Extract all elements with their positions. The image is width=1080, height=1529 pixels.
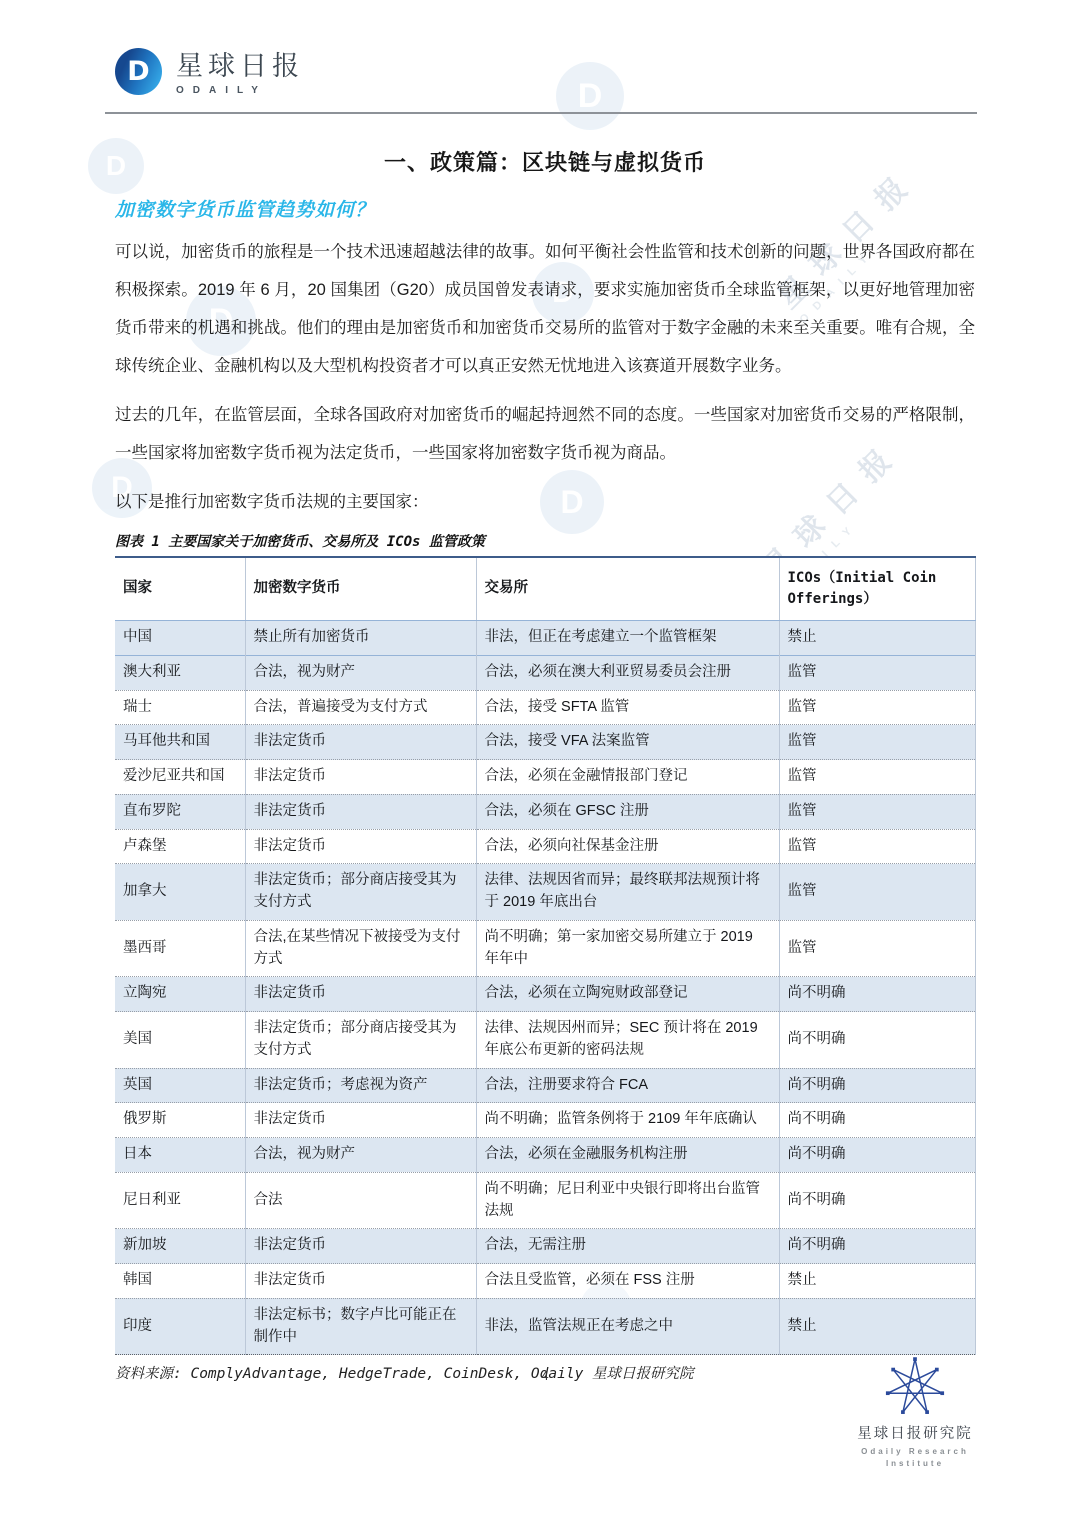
table-cell: 禁止所有加密货币 <box>245 621 476 656</box>
table-cell: 瑞士 <box>115 690 245 725</box>
table-header: 国家加密数字货币交易所ICOs（Initial Coin Offerings） <box>115 557 975 621</box>
table-row: 爱沙尼亚共和国非法定货币合法，必须在金融情报部门登记监管 <box>115 760 975 795</box>
table-cell: 禁止 <box>779 621 975 656</box>
table-cell: 合法，必须在澳大利亚贸易委员会注册 <box>476 655 779 690</box>
table-cell: 澳大利亚 <box>115 655 245 690</box>
column-header: ICOs（Initial Coin Offerings） <box>779 557 975 621</box>
table-cell: 非法定货币 <box>245 794 476 829</box>
table-cell: 合法，必须向社保基金注册 <box>476 829 779 864</box>
table-cell: 监管 <box>779 920 975 977</box>
brand-block: 星球日报 ODAILY <box>176 48 304 96</box>
table-cell: 合法且受监管，必须在 FSS 注册 <box>476 1264 779 1299</box>
table-cell: 合法 <box>245 1172 476 1229</box>
table-cell: 禁止 <box>779 1264 975 1299</box>
table-body: 中国禁止所有加密货币非法，但正在考虑建立一个监管框架禁止澳大利亚合法，视为财产合… <box>115 621 975 1355</box>
table-cell: 尚不明确 <box>779 1012 975 1069</box>
table-cell: 爱沙尼亚共和国 <box>115 760 245 795</box>
logo-letter: D <box>127 56 149 87</box>
table-cell: 法律、法规因省而异；最终联邦法规预计将于 2019 年底出台 <box>476 864 779 921</box>
table-cell: 日本 <box>115 1138 245 1173</box>
table-cell: 非法定货币；考虑视为资产 <box>245 1068 476 1103</box>
table-cell: 监管 <box>779 655 975 690</box>
table-cell: 合法，普遍接受为支付方式 <box>245 690 476 725</box>
table-row: 立陶宛非法定货币合法，必须在立陶宛财政部登记尚不明确 <box>115 977 975 1012</box>
table-cell: 法律、法规因州而异；SEC 预计将在 2019 年底公布更新的密码法规 <box>476 1012 779 1069</box>
table-cell: 卢森堡 <box>115 829 245 864</box>
table-row: 美国非法定货币；部分商店接受其为支付方式法律、法规因州而异；SEC 预计将在 2… <box>115 1012 975 1069</box>
table-cell: 非法，但正在考虑建立一个监管框架 <box>476 621 779 656</box>
table-cell: 尚不明确 <box>779 977 975 1012</box>
table-cell: 合法，接受 SFTA 监管 <box>476 690 779 725</box>
table-cell: 英国 <box>115 1068 245 1103</box>
table-cell: 美国 <box>115 1012 245 1069</box>
table-cell: 非法定货币 <box>245 760 476 795</box>
table-cell: 合法，必须在立陶宛财政部登记 <box>476 977 779 1012</box>
column-header: 加密数字货币 <box>245 557 476 621</box>
table-cell: 非法定货币 <box>245 1229 476 1264</box>
table-row: 墨西哥合法,在某些情况下被接受为支付方式尚不明确；第一家加密交易所建立于 201… <box>115 920 975 977</box>
table-cell: 俄罗斯 <box>115 1103 245 1138</box>
table-row: 印度非法定标书；数字卢比可能正在制作中非法，监管法规正在考虑之中禁止 <box>115 1298 975 1355</box>
table-cell: 监管 <box>779 794 975 829</box>
table-cell: 尚不明确；监管条例将于 2109 年年底确认 <box>476 1103 779 1138</box>
table-cell: 非法定货币；部分商店接受其为支付方式 <box>245 1012 476 1069</box>
table-row: 直布罗陀非法定货币合法，必须在 GFSC 注册监管 <box>115 794 975 829</box>
institute-en-line2: Institute <box>886 1459 944 1468</box>
table-row: 马耳他共和国非法定货币合法，接受 VFA 法案监管监管 <box>115 725 975 760</box>
column-header: 交易所 <box>476 557 779 621</box>
odaily-watermark-icon: D <box>556 62 624 130</box>
table-cell: 合法，无需注册 <box>476 1229 779 1264</box>
institute-logo-block: 星球日报研究院 Odaily Research Institute <box>833 1356 997 1470</box>
table-cell: 尚不明确 <box>779 1138 975 1173</box>
table-row: 澳大利亚合法，视为财产合法，必须在澳大利亚贸易委员会注册监管 <box>115 655 975 690</box>
table-cell: 尚不明确 <box>779 1103 975 1138</box>
institute-name-cn: 星球日报研究院 <box>833 1422 997 1443</box>
table-row: 加拿大非法定货币；部分商店接受其为支付方式法律、法规因省而异；最终联邦法规预计将… <box>115 864 975 921</box>
table-row: 英国非法定货币；考虑视为资产合法，注册要求符合 FCA尚不明确 <box>115 1068 975 1103</box>
table-cell: 尚不明确；第一家加密交易所建立于 2019 年年中 <box>476 920 779 977</box>
table-cell: 非法定货币 <box>245 829 476 864</box>
table-row: 尼日利亚合法尚不明确；尼日利亚中央银行即将出台监管法规尚不明确 <box>115 1172 975 1229</box>
table-cell: 非法，监管法规正在考虑之中 <box>476 1298 779 1355</box>
table-cell: 非法定货币；部分商店接受其为支付方式 <box>245 864 476 921</box>
table-cell: 新加坡 <box>115 1229 245 1264</box>
table-cell: 韩国 <box>115 1264 245 1299</box>
table-cell: 非法定标书；数字卢比可能正在制作中 <box>245 1298 476 1355</box>
table-cell: 尚不明确 <box>779 1229 975 1264</box>
table-cell: 合法，视为财产 <box>245 1138 476 1173</box>
table-cell: 马耳他共和国 <box>115 725 245 760</box>
table-row: 中国禁止所有加密货币非法，但正在考虑建立一个监管框架禁止 <box>115 621 975 656</box>
document-content: 一、政策篇：区块链与虚拟货币 加密数字货币监管趋势如何？ 可以说，加密货币的旅程… <box>115 140 975 1383</box>
table-header-row: 国家加密数字货币交易所ICOs（Initial Coin Offerings） <box>115 557 975 621</box>
table-cell: 墨西哥 <box>115 920 245 977</box>
institute-name-en: Odaily Research Institute <box>833 1446 997 1470</box>
table-cell: 尚不明确 <box>779 1068 975 1103</box>
section-subtitle: 加密数字货币监管趋势如何？ <box>115 195 975 222</box>
table-cell: 立陶宛 <box>115 977 245 1012</box>
paragraph: 过去的几年，在监管层面，全球各国政府对加密货币的崛起持迥然不同的态度。一些国家对… <box>115 396 975 472</box>
table-cell: 加拿大 <box>115 864 245 921</box>
table-row: 新加坡非法定货币合法，无需注册尚不明确 <box>115 1229 975 1264</box>
table-cell: 监管 <box>779 690 975 725</box>
brand-name-en: ODAILY <box>176 85 304 96</box>
table-row: 俄罗斯非法定货币尚不明确；监管条例将于 2109 年年底确认尚不明确 <box>115 1103 975 1138</box>
table-cell: 合法，必须在金融服务机构注册 <box>476 1138 779 1173</box>
policy-table: 国家加密数字货币交易所ICOs（Initial Coin Offerings） … <box>115 556 976 1355</box>
paragraph: 以下是推行加密数字货币法规的主要国家： <box>115 483 975 521</box>
heptagram-star-icon <box>884 1356 946 1418</box>
table-cell: 尚不明确 <box>779 1172 975 1229</box>
document-page: D 星球日报 ODAILY D D D 星球日报 ODAILY D D D D … <box>0 0 1080 1529</box>
table-cell: 尼日利亚 <box>115 1172 245 1229</box>
paragraph: 可以说，加密货币的旅程是一个技术迅速超越法律的故事。如何平衡社会性监管和技术创新… <box>115 233 975 385</box>
table-cell: 监管 <box>779 760 975 795</box>
table-cell: 尚不明确；尼日利亚中央银行即将出台监管法规 <box>476 1172 779 1229</box>
section-title: 一、政策篇：区块链与虚拟货币 <box>115 146 975 177</box>
table-cell: 合法,在某些情况下被接受为支付方式 <box>245 920 476 977</box>
watermark: D <box>556 62 624 130</box>
column-header: 国家 <box>115 557 245 621</box>
page-header: D 星球日报 ODAILY <box>115 48 304 96</box>
institute-en-line1: Odaily Research <box>861 1447 969 1456</box>
table-cell: 直布罗陀 <box>115 794 245 829</box>
table-cell: 中国 <box>115 621 245 656</box>
figure-caption: 图表 1 主要国家关于加密货币、交易所及 ICOs 监管政策 <box>115 531 975 551</box>
table-cell: 合法，注册要求符合 FCA <box>476 1068 779 1103</box>
table-cell: 合法，视为财产 <box>245 655 476 690</box>
brand-name-cn: 星球日报 <box>176 50 304 82</box>
table-row: 韩国非法定货币合法且受监管，必须在 FSS 注册禁止 <box>115 1264 975 1299</box>
table-cell: 非法定货币 <box>245 977 476 1012</box>
table-cell: 监管 <box>779 864 975 921</box>
table-cell: 合法，必须在 GFSC 注册 <box>476 794 779 829</box>
table-row: 日本合法，视为财产合法，必须在金融服务机构注册尚不明确 <box>115 1138 975 1173</box>
table-cell: 非法定货币 <box>245 1264 476 1299</box>
table-row: 瑞士合法，普遍接受为支付方式合法，接受 SFTA 监管监管 <box>115 690 975 725</box>
table-cell: 印度 <box>115 1298 245 1355</box>
table-cell: 监管 <box>779 829 975 864</box>
table-cell: 合法，必须在金融情报部门登记 <box>476 760 779 795</box>
table-cell: 非法定货币 <box>245 1103 476 1138</box>
table-cell: 非法定货币 <box>245 725 476 760</box>
table-cell: 监管 <box>779 725 975 760</box>
table-cell: 禁止 <box>779 1298 975 1355</box>
header-divider <box>105 112 977 114</box>
table-cell: 合法，接受 VFA 法案监管 <box>476 725 779 760</box>
table-row: 卢森堡非法定货币合法，必须向社保基金注册监管 <box>115 829 975 864</box>
odaily-logo-icon: D <box>115 48 162 95</box>
